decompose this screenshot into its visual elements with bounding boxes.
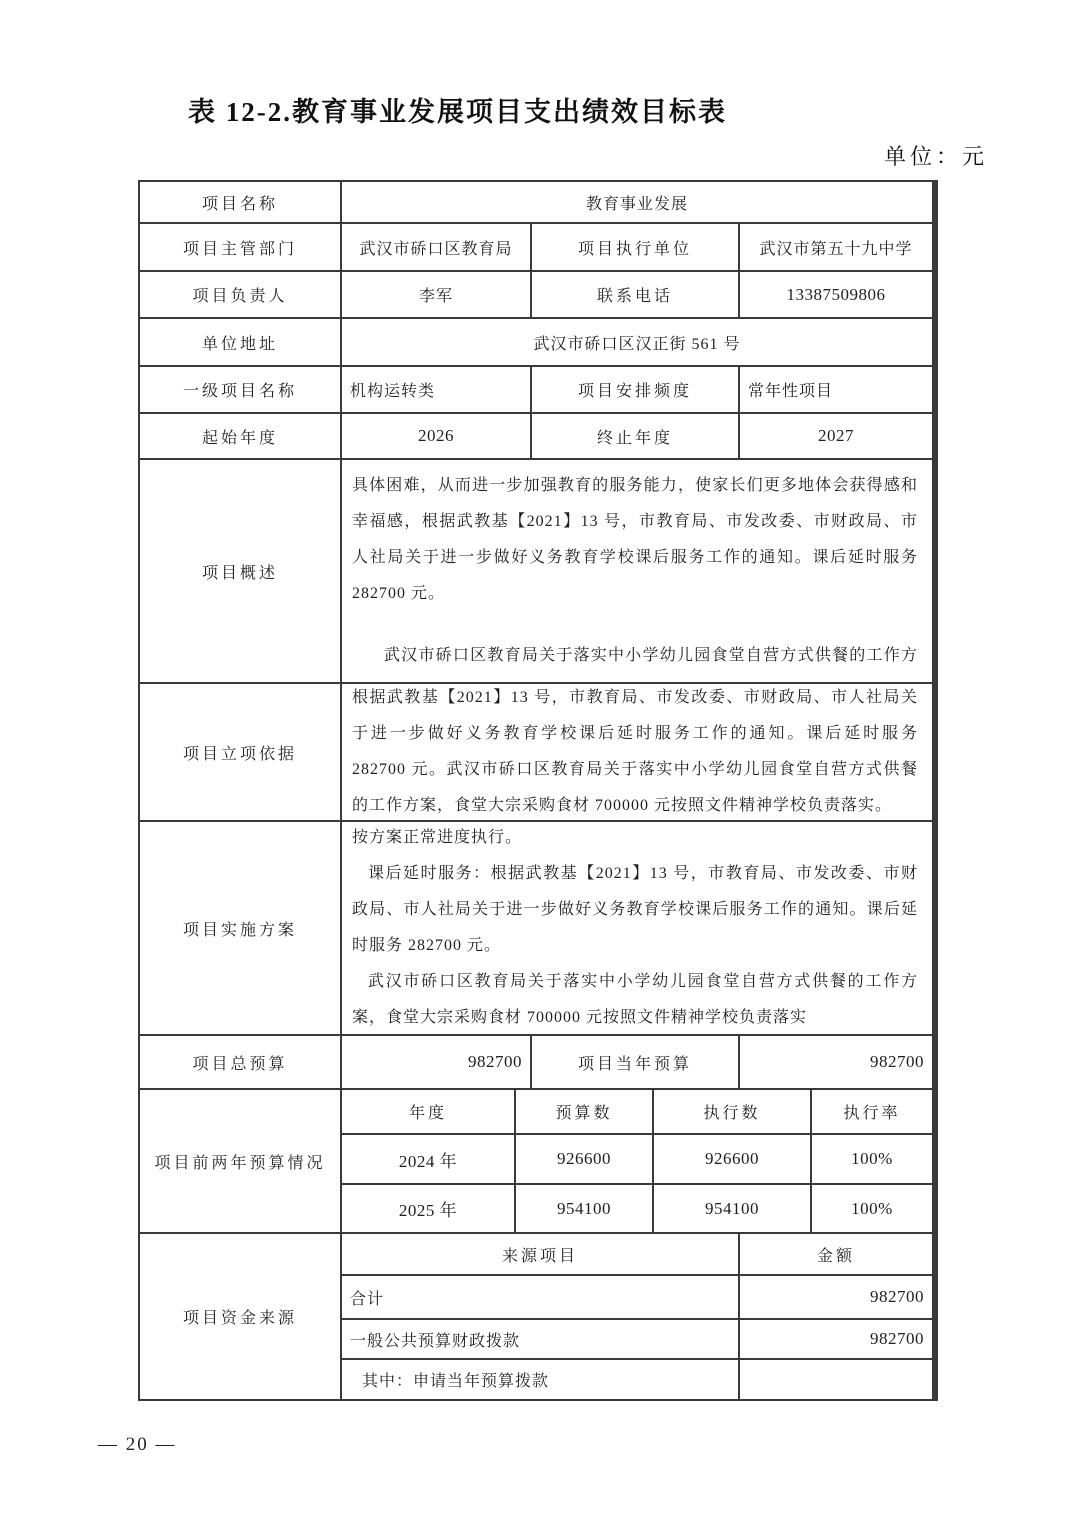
- plan-paragraph: 武汉市硚口区教育局关于落实中小学幼儿园食堂自营方式供餐的工作方案，食堂大宗采购食…: [352, 964, 918, 1034]
- history-2025-rate: 100%: [812, 1185, 932, 1232]
- history-header-budget: 预算数: [516, 1090, 652, 1133]
- start-year-value: 2026: [342, 414, 530, 458]
- funding-label: 项目资金来源: [140, 1234, 340, 1399]
- performance-target-table: 项目名称 教育事业发展 项目主管部门 武汉市硚口区教育局 项目执行单位 武汉市第…: [138, 180, 938, 1401]
- basis-text: 根据武教基【2021】13 号，市教育局、市发改委、市财政局、市人社局关于进一步…: [342, 684, 932, 820]
- history-2025-executed: 954100: [654, 1185, 810, 1232]
- current-year-budget-value: 982700: [740, 1036, 932, 1088]
- end-year-value: 2027: [740, 414, 932, 458]
- plan-paragraph: 按方案正常进度执行。: [352, 822, 918, 856]
- total-budget-value: 982700: [342, 1036, 530, 1088]
- overview-paragraph: 武汉市硚口区教育局关于落实中小学幼儿园食堂自营方式供餐的工作方案，食堂大宗采购食…: [352, 638, 918, 682]
- end-year-label: 终止年度: [532, 414, 738, 458]
- history-2024-executed: 926600: [654, 1135, 810, 1183]
- history-label: 项目前两年预算情况: [140, 1090, 340, 1232]
- dept-label: 项目主管部门: [140, 224, 340, 270]
- basis-paragraph: 根据武教基【2021】13 号，市教育局、市发改委、市财政局、市人社局关于进一步…: [352, 684, 918, 820]
- phone-label: 联系电话: [532, 272, 738, 317]
- basis-label: 项目立项依据: [140, 684, 340, 820]
- executing-unit-value: 武汉市第五十九中学: [740, 224, 932, 270]
- leader-value: 李军: [342, 272, 530, 317]
- funding-public-budget-label: 一般公共预算财政拨款: [342, 1320, 738, 1358]
- history-2024-budget: 926600: [516, 1135, 652, 1183]
- history-2024-rate: 100%: [812, 1135, 932, 1183]
- overview-label: 项目概述: [140, 460, 340, 682]
- category-value: 机构运转类: [342, 367, 530, 412]
- executing-unit-label: 项目执行单位: [532, 224, 738, 270]
- leader-label: 项目负责人: [140, 272, 340, 317]
- funding-total-label: 合计: [342, 1276, 738, 1318]
- phone-value: 13387509806: [740, 272, 932, 317]
- start-year-label: 起始年度: [140, 414, 340, 458]
- history-2025-year: 2025 年: [342, 1185, 514, 1232]
- plan-paragraph: 课后延时服务：根据武教基【2021】13 号，市教育局、市发改委、市财政局、市人…: [352, 856, 918, 964]
- total-budget-label: 项目总预算: [140, 1036, 340, 1088]
- funding-header-source: 来源项目: [342, 1234, 738, 1274]
- funding-public-budget-amount: 982700: [740, 1320, 932, 1358]
- project-name-value: 教育事业发展: [342, 182, 932, 222]
- history-2024-year: 2024 年: [342, 1135, 514, 1183]
- frequency-label: 项目安排频度: [532, 367, 738, 412]
- history-header-rate: 执行率: [812, 1090, 932, 1133]
- dept-value: 武汉市硚口区教育局: [342, 224, 530, 270]
- unit-note: 单位：元: [884, 140, 988, 171]
- history-header-executed: 执行数: [654, 1090, 810, 1133]
- history-2025-budget: 954100: [516, 1185, 652, 1232]
- address-value: 武汉市硚口区汉正街 561 号: [342, 319, 932, 365]
- frequency-value: 常年性项目: [740, 367, 932, 412]
- funding-current-request-label: 其中：申请当年预算拨款: [342, 1360, 738, 1399]
- project-name-label: 项目名称: [140, 182, 340, 222]
- plan-text: 按方案正常进度执行。 课后延时服务：根据武教基【2021】13 号，市教育局、市…: [342, 822, 932, 1034]
- overview-text: 课后延时服务：为促进小学生健康成长，帮助家政解决按时接送学生的具体困难，从而进一…: [342, 460, 932, 682]
- plan-label: 项目实施方案: [140, 822, 340, 1034]
- current-year-budget-label: 项目当年预算: [532, 1036, 738, 1088]
- address-label: 单位地址: [140, 319, 340, 365]
- overview-paragraph: 课后延时服务：为促进小学生健康成长，帮助家政解决按时接送学生的具体困难，从而进一…: [352, 460, 918, 612]
- funding-current-request-amount: [740, 1360, 932, 1399]
- history-header-year: 年度: [342, 1090, 514, 1133]
- funding-total-amount: 982700: [740, 1276, 932, 1318]
- category-label: 一级项目名称: [140, 367, 340, 412]
- page-title: 表 12-2.教育事业发展项目支出绩效目标表: [188, 90, 727, 129]
- funding-header-amount: 金额: [740, 1234, 932, 1274]
- page-number: — 20 —: [98, 1434, 177, 1456]
